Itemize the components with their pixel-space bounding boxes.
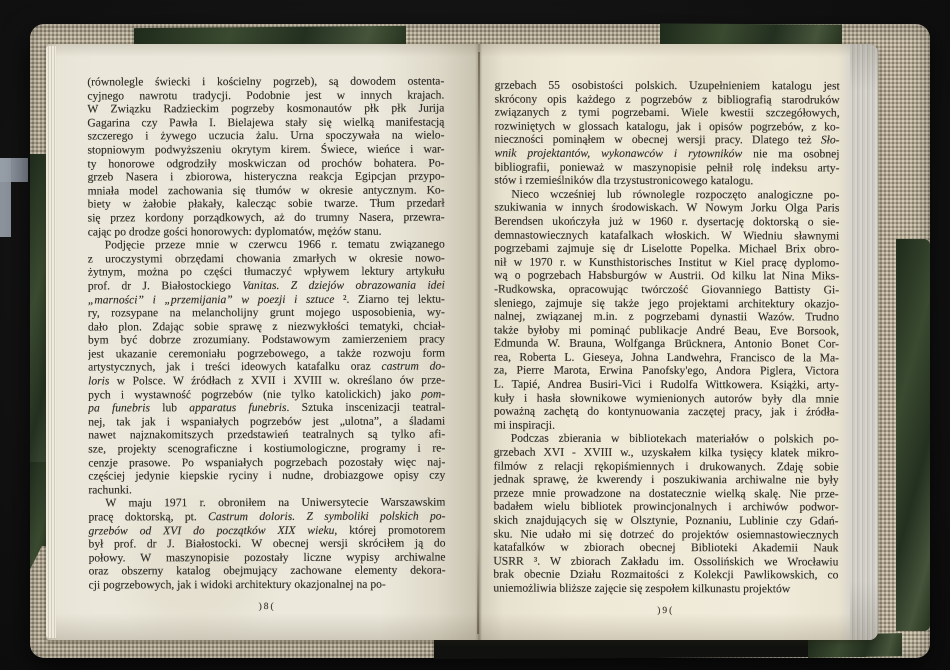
text-line: filmów z relacji rękopiśmiennych i druko… xyxy=(494,459,839,473)
text-line: Podjęcie przeze mnie w czerwcu 1966 r. t… xyxy=(88,238,445,253)
text-line: cając po drodze gości honorowych: dyplom… xyxy=(88,224,445,239)
background-letter-mark-stem xyxy=(0,158,11,237)
text-line: nił w 1970 r. w Kunsthistorisches Instit… xyxy=(494,255,839,269)
text-line: wą o pogrzebach Habsburgów w Austrii. Od… xyxy=(494,269,839,283)
text-line: Nieco wcześniej lub równolegle rozpoczęt… xyxy=(494,187,839,201)
text-line: sku. Nie udało mi się dotrzeć do projekt… xyxy=(493,527,838,541)
text-line: z uroczystymi obrzędami chowania zmarłyc… xyxy=(88,251,445,266)
text-line: nieczności pominąłem w obecnej wersji pr… xyxy=(495,133,840,147)
text-line: bym być dobrze zrozumiany. Podstawowym z… xyxy=(88,333,445,348)
text-line: demnastowiecznych katafalkach włoskich. … xyxy=(494,228,839,242)
text-line: połowy. W maszynopisie pozostały liczne … xyxy=(89,550,446,565)
text-line: skrócony opis każdego z pogrzebów z bibl… xyxy=(495,92,840,106)
text-line: „marności” i „przemijania” w poezji i sz… xyxy=(88,292,445,307)
text-line: prof. dr J. Białostockiego Vanitas. Z dz… xyxy=(88,278,445,293)
text-line: W maju 1971 r. obroniłem na Uniwersyteci… xyxy=(88,496,445,511)
text-line: USRR ³. W zbiorach Zakładu im. Ossolińsk… xyxy=(493,554,838,568)
text-line: oraz obszerny katalog obejmujący zachowa… xyxy=(89,564,446,579)
text-line: szczerego i żywego uczucia żalu. Urna sp… xyxy=(87,129,444,144)
text-line: uniemożliwia bliższe zajęcie się zespołe… xyxy=(493,582,838,596)
text-line: grzeb Nasera i zbiorowa, histeryczna rea… xyxy=(88,170,445,185)
paragraph: W maju 1971 r. obroniłem na Uniwersyteci… xyxy=(88,496,445,592)
text-line: nawet najznakomitszych przedstawień teat… xyxy=(88,428,445,443)
text-line: ry, rozsypane na melancholijny grunt moj… xyxy=(88,306,445,321)
page-left-text: (równolegle świecki i kościelny pogrzeb)… xyxy=(87,75,445,615)
text-line: jednak sprawę, że kwerendy i poszukiwani… xyxy=(494,473,839,487)
text-line: Berendsen ukończyła już w 1960 r. dysert… xyxy=(494,214,839,228)
text-line: stów i rzemieślników dla trzystustronico… xyxy=(494,174,839,188)
page-left-paragraphs: (równolegle świecki i kościelny pogrzeb)… xyxy=(87,75,445,592)
text-line: związanych z tymi pogrzebami. Wiele kwes… xyxy=(495,106,840,120)
text-line: także byłoby mi pominąć publikacje André… xyxy=(494,323,839,337)
text-line: badałem wielu bibliotek prowincjonalnych… xyxy=(494,500,839,514)
text-line: bibliografii, ponieważ w maszynopisie pe… xyxy=(494,160,839,174)
page-right-text: grzebach 55 osobistości polskich. Uzupeł… xyxy=(493,79,839,619)
text-line: pych i wystawność pogrzebów (nie tylko k… xyxy=(88,387,445,402)
text-line: -Rudkowska, opracowując twórczość Giovan… xyxy=(494,282,839,296)
text-line: katafalków w zbiorach obecnej Biblioteki… xyxy=(493,541,838,555)
scanned-book-photo: { "scene": { "background_color": "#14141… xyxy=(0,0,950,670)
text-line: kuły i hasła słownikowe wymienionych aut… xyxy=(494,391,839,405)
text-line: grzebów od XVI do początków XIX wieku, k… xyxy=(88,523,445,538)
text-line: cji pogrzebowych, jak i widoki architekt… xyxy=(89,578,446,593)
paragraph: grzebach 55 osobistości polskich. Uzupeł… xyxy=(494,79,839,189)
text-line: żytnym, można po części tłumaczyć wpływe… xyxy=(88,265,445,280)
text-line: się przez kordony porządkowych, aż do tr… xyxy=(88,210,445,225)
green-cover-right-edge xyxy=(896,239,930,631)
text-line: nalnej, związanej m.in. z pogrzebami dyn… xyxy=(494,310,839,324)
book-paper: (równolegle świecki i kościelny pogrzeb)… xyxy=(46,44,878,640)
text-line: W Związku Radzieckim pogrzeby kosmonautó… xyxy=(87,102,444,117)
page-fore-edge xyxy=(850,44,878,640)
text-line: loris w Polsce. W źródłach z XVII i XVII… xyxy=(88,374,445,389)
green-cover-top-strip-right xyxy=(660,23,842,45)
text-line: pracę doktorską, pt. Castrum doloris. Z … xyxy=(88,510,445,525)
text-line: rea, Roberta L. Gieseya, Johna Landwehra… xyxy=(494,350,839,364)
text-line: (równolegle świecki i kościelny pogrzeb)… xyxy=(87,75,444,90)
text-line: grzebach 55 osobistości polskich. Uzupeł… xyxy=(495,79,840,93)
text-line: przeze mnie prowadzone na dostatecznie w… xyxy=(494,486,839,500)
page-number-left: )8( xyxy=(89,600,446,615)
text-line: szukiwania w innych środowiskach. W Nowy… xyxy=(494,201,839,215)
text-line: dało plon. Zdając sobie sprawę z niezwyk… xyxy=(88,319,445,334)
paragraph: Podczas zbierania w bibliotekach materia… xyxy=(493,432,838,596)
text-line: cyjnego nawrotu tradycji. Podobnie jest … xyxy=(87,88,444,103)
text-line: nej, tak jak i wspaniałych pogrzebów jes… xyxy=(88,414,445,429)
text-line: sze, projekty scenograficzne i kostiumol… xyxy=(88,442,445,457)
text-line: stopniowym podwyższeniu okrytym kirem. Ś… xyxy=(87,143,444,158)
text-line: pogrzebami zajmuje się dr Liselotte Pope… xyxy=(494,242,839,256)
text-line: Podczas zbierania w bibliotekach materia… xyxy=(494,432,839,446)
paragraph: Podjęcie przeze mnie w czerwcu 1966 r. t… xyxy=(88,238,446,497)
text-line: skich znajdujących się w Olsztynie, Pozn… xyxy=(494,514,839,528)
page-number-right: )9( xyxy=(493,604,838,618)
text-line: cenzje prasowe. Po wspaniałych pogrzebac… xyxy=(88,455,445,470)
paragraph: (równolegle świecki i kościelny pogrzeb)… xyxy=(87,75,444,239)
text-line: biety w żałobie płakały, kalecząc sobie … xyxy=(88,197,445,212)
text-line: poważną zachętą do kontynuowania zaczęte… xyxy=(494,405,839,419)
text-line: L. Tapié, Andrea Busiri-Vici i Rudolfa W… xyxy=(494,378,839,392)
text-line: artystycznych, jak i treści ideowych kat… xyxy=(88,360,445,375)
text-line: grzebach XVI - XVIII w., uzyskałem kilka… xyxy=(494,446,839,460)
text-line: rozwiniętych w glossach katalogu, jak i … xyxy=(495,119,840,133)
text-line: jest ukazanie ceremoniału pogrzebowego, … xyxy=(88,346,445,361)
text-line: częściej jedynie kiepskie ryciny i nudne… xyxy=(88,469,445,484)
text-line: ty honorowe odgrodziły moskwiczan od pro… xyxy=(88,156,445,171)
text-line: sleniego, zajmuje się także jego projekt… xyxy=(494,296,839,310)
text-line: mi inspiracji. xyxy=(494,418,839,432)
open-book: (równolegle świecki i kościelny pogrzeb)… xyxy=(30,24,930,658)
page-right-paragraphs: grzebach 55 osobistości polskich. Uzupeł… xyxy=(493,79,839,596)
text-line: wnik projektantów, wykonawców i rytownik… xyxy=(494,147,839,161)
gutter-crease-top xyxy=(478,52,480,172)
text-line: mniała model zachowania się tłumów w okr… xyxy=(88,183,445,198)
text-line: był prof. dr J. Białostocki. W obecnej w… xyxy=(89,537,446,552)
text-line: Gagarina czy Pawła I. Bielajewa stały si… xyxy=(87,115,444,130)
text-line: brak obecnie Działu Rozmaitości z Kolekc… xyxy=(493,568,838,582)
page-stack-edge-left xyxy=(46,46,56,638)
gutter-crease-bottom xyxy=(477,544,479,634)
text-line: Edmunda W. Brauna, Wolfganga Brücknera, … xyxy=(494,337,839,351)
paragraph: Nieco wcześniej lub równolegle rozpoczęt… xyxy=(494,187,840,433)
text-line: rachunki. xyxy=(88,482,445,497)
text-line: za, Pierre Marota, Erwina Panofsky'ego, … xyxy=(494,364,839,378)
text-line: pa funebris lub apparatus funebris. Sztu… xyxy=(88,401,445,416)
